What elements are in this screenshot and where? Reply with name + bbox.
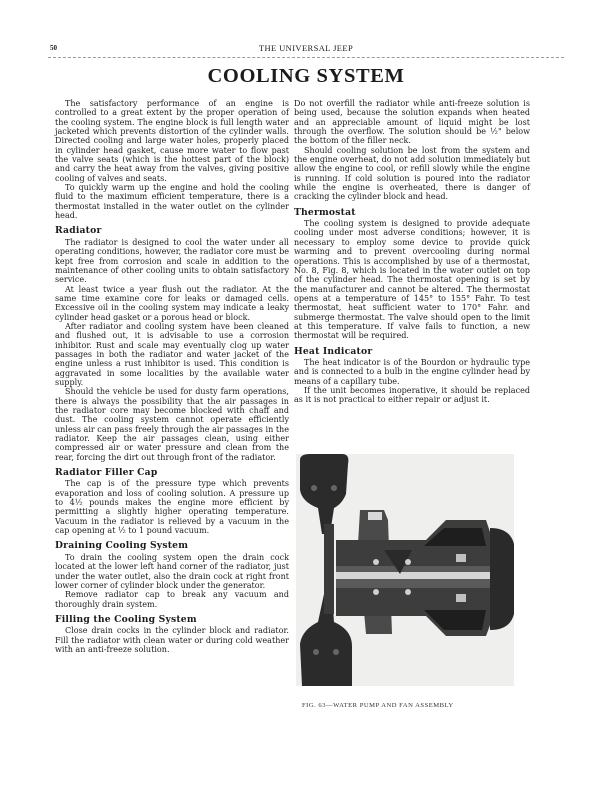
section-heading-filler-cap: Radiator Filler Cap [55,468,289,477]
water-pump-figure [296,454,514,686]
paragraph: Should cooling solution be lost from the… [294,146,530,202]
paragraph: Close drain cocks in the cylinder block … [55,626,289,654]
intro-paragraph: The satisfactory performance of an engin… [55,99,289,183]
paragraph: After radiator and cooling system have b… [55,322,289,387]
right-column: Do not overfill the radiator while anti-… [294,99,530,405]
section-heading-thermostat: Thermostat [294,208,530,217]
intro-paragraph: To quickly warm up the engine and hold t… [55,183,289,220]
section-heading-heat-indicator: Heat Indicator [294,347,530,356]
paragraph: The cooling system is designed to provid… [294,219,530,340]
paragraph: Do not overfill the radiator while anti-… [294,99,530,146]
paragraph: If the unit becomes inoperative, it shou… [294,386,530,405]
book-title: THE UNIVERSAL JEEP [48,43,564,53]
chapter-title: COOLING SYSTEM [0,65,612,88]
left-column: The satisfactory performance of an engin… [55,99,289,654]
section-heading-draining: Draining Cooling System [55,541,289,550]
paragraph: The radiator is designed to cool the wat… [55,238,289,285]
paragraph: At least twice a year flush out the radi… [55,285,289,322]
running-header: 50 THE UNIVERSAL JEEP [48,43,564,58]
paragraph: The heat indicator is of the Bourdon or … [294,358,530,386]
water-pump-illustration [296,454,514,686]
figure-caption: FIG. 63—WATER PUMP AND FAN ASSEMBLY [302,702,454,709]
paragraph: The cap is of the pressure type which pr… [55,479,289,535]
section-heading-filling: Filling the Cooling System [55,615,289,624]
paragraph: Should the vehicle be used for dusty far… [55,387,289,462]
paragraph: Remove radiator cap to break any vacuum … [55,590,289,609]
section-heading-radiator: Radiator [55,226,289,235]
paragraph: To drain the cooling system open the dra… [55,553,289,590]
